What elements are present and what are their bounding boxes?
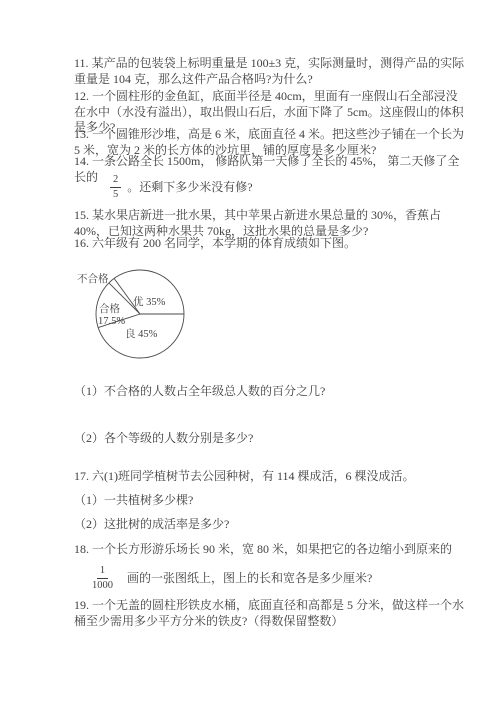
pie-label-good: 良 45% (125, 327, 158, 340)
question-17-2-text: 这批树的成活率是多少? (104, 517, 229, 531)
question-16-1: （1）不合格的人数占全年级总人数的百分之几? (74, 384, 466, 400)
problem-17-text: 六(1)班同学植树节去公园种树，有 114 棵成活，6 棵没成活。 (92, 469, 415, 483)
problem-19: 19. 一个无盖的圆柱形铁皮水桶，底面直径和高都是 5 分米，做这样一个水桶至少… (74, 598, 466, 629)
question-16-2-number: （2） (74, 431, 104, 445)
fraction-numerator: 2 (110, 174, 121, 188)
question-17-2: （2）这批树的成活率是多少? (74, 517, 466, 533)
question-17-1-text: 一共植树多少棵? (104, 493, 193, 507)
problem-12-number: 12. (74, 89, 89, 103)
problem-11-text: 某产品的包装袋上标明重量是 100±3 克，实际测量时，测得产品的实际重量是 1… (74, 56, 464, 86)
fraction-one-thousandth: 1 1000 (92, 565, 113, 592)
problem-14-text-after: 。还剩下多少米没有修? (127, 180, 252, 196)
problem-15-number: 15. (74, 208, 89, 222)
problem-18: 18. 一个长方形游乐场长 90 米，宽 80 米，如果把它的各边缩小到原来的 (74, 542, 466, 558)
problem-19-number: 19. (74, 598, 89, 612)
question-17-1-number: （1） (74, 493, 104, 507)
problem-19-text: 一个无盖的圆柱形铁皮水桶，底面直径和高都是 5 分米，做这样一个水桶至少需用多少… (74, 598, 464, 628)
fraction-two-fifths: 2 5 (110, 174, 121, 201)
problem-18-text: 一个长方形游乐场长 90 米，宽 80 米，如果把它的各边缩小到原来的 (92, 542, 452, 556)
problem-16: 16. 六年级有 200 名同学，本学期的体育成绩如下图。 (74, 236, 466, 252)
question-17-1: （1）一共植树多少棵? (74, 493, 466, 509)
pie-label-fail: 不合格 (77, 272, 109, 285)
problem-17: 17. 六(1)班同学植树节去公园种树，有 114 棵成活，6 棵没成活。 (74, 469, 466, 485)
question-16-1-number: （1） (74, 384, 104, 398)
problem-15-text: 某水果店新进一批水果，其中苹果占新进水果总量的 30%，香蕉占 40%，已知这两… (74, 208, 441, 238)
problem-18-number: 18. (74, 542, 89, 556)
problem-11-number: 11. (74, 56, 89, 70)
fraction-denominator: 5 (113, 188, 118, 201)
question-16-1-text: 不合格的人数占全年级总人数的百分之几? (104, 384, 325, 398)
problem-18-text-after: 画的一张图纸上，图上的长和宽各是多少厘米? (127, 571, 372, 587)
problem-13-text: 一个圆锥形沙堆，高是 6 米，底面直径 4 米。把这些沙子铺在一个长为 5 米，… (74, 127, 464, 157)
question-17-2-number: （2） (74, 517, 104, 531)
problem-14-number: 14. (74, 154, 89, 168)
pie-label-pass-name: 合格 (99, 302, 120, 315)
problem-14-fraction-line: 2 5 。还剩下多少米没有修? (110, 174, 253, 201)
problem-18-fraction-line: 1 1000 画的一张图纸上，图上的长和宽各是多少厘米? (92, 565, 372, 592)
fraction-denominator: 1000 (92, 579, 113, 592)
pie-label-pass-pct: 17.5% (98, 316, 125, 327)
problem-15: 15. 某水果店新进一批水果，其中苹果占新进水果总量的 30%，香蕉占 40%，… (74, 208, 466, 239)
worksheet-page: 11. 某产品的包装袋上标明重量是 100±3 克，实际测量时，测得产品的实际重… (0, 0, 500, 707)
problem-16-text: 六年级有 200 名同学，本学期的体育成绩如下图。 (92, 236, 356, 250)
problem-16-number: 16. (74, 236, 89, 250)
problem-11: 11. 某产品的包装袋上标明重量是 100±3 克，实际测量时，测得产品的实际重… (74, 56, 466, 87)
score-pie-chart: 不合格 优 35% 良 45% 合格 17.5% (55, 263, 255, 365)
problem-17-number: 17. (74, 469, 89, 483)
pie-chart-svg: 不合格 优 35% 良 45% 合格 17.5% (55, 263, 255, 365)
question-16-2: （2）各个等级的人数分别是多少? (74, 431, 466, 447)
problem-13-number: 13. (74, 127, 89, 141)
pie-label-excellent: 优 35% (133, 295, 166, 308)
fraction-numerator: 1 (97, 565, 108, 579)
question-16-2-text: 各个等级的人数分别是多少? (104, 431, 253, 445)
